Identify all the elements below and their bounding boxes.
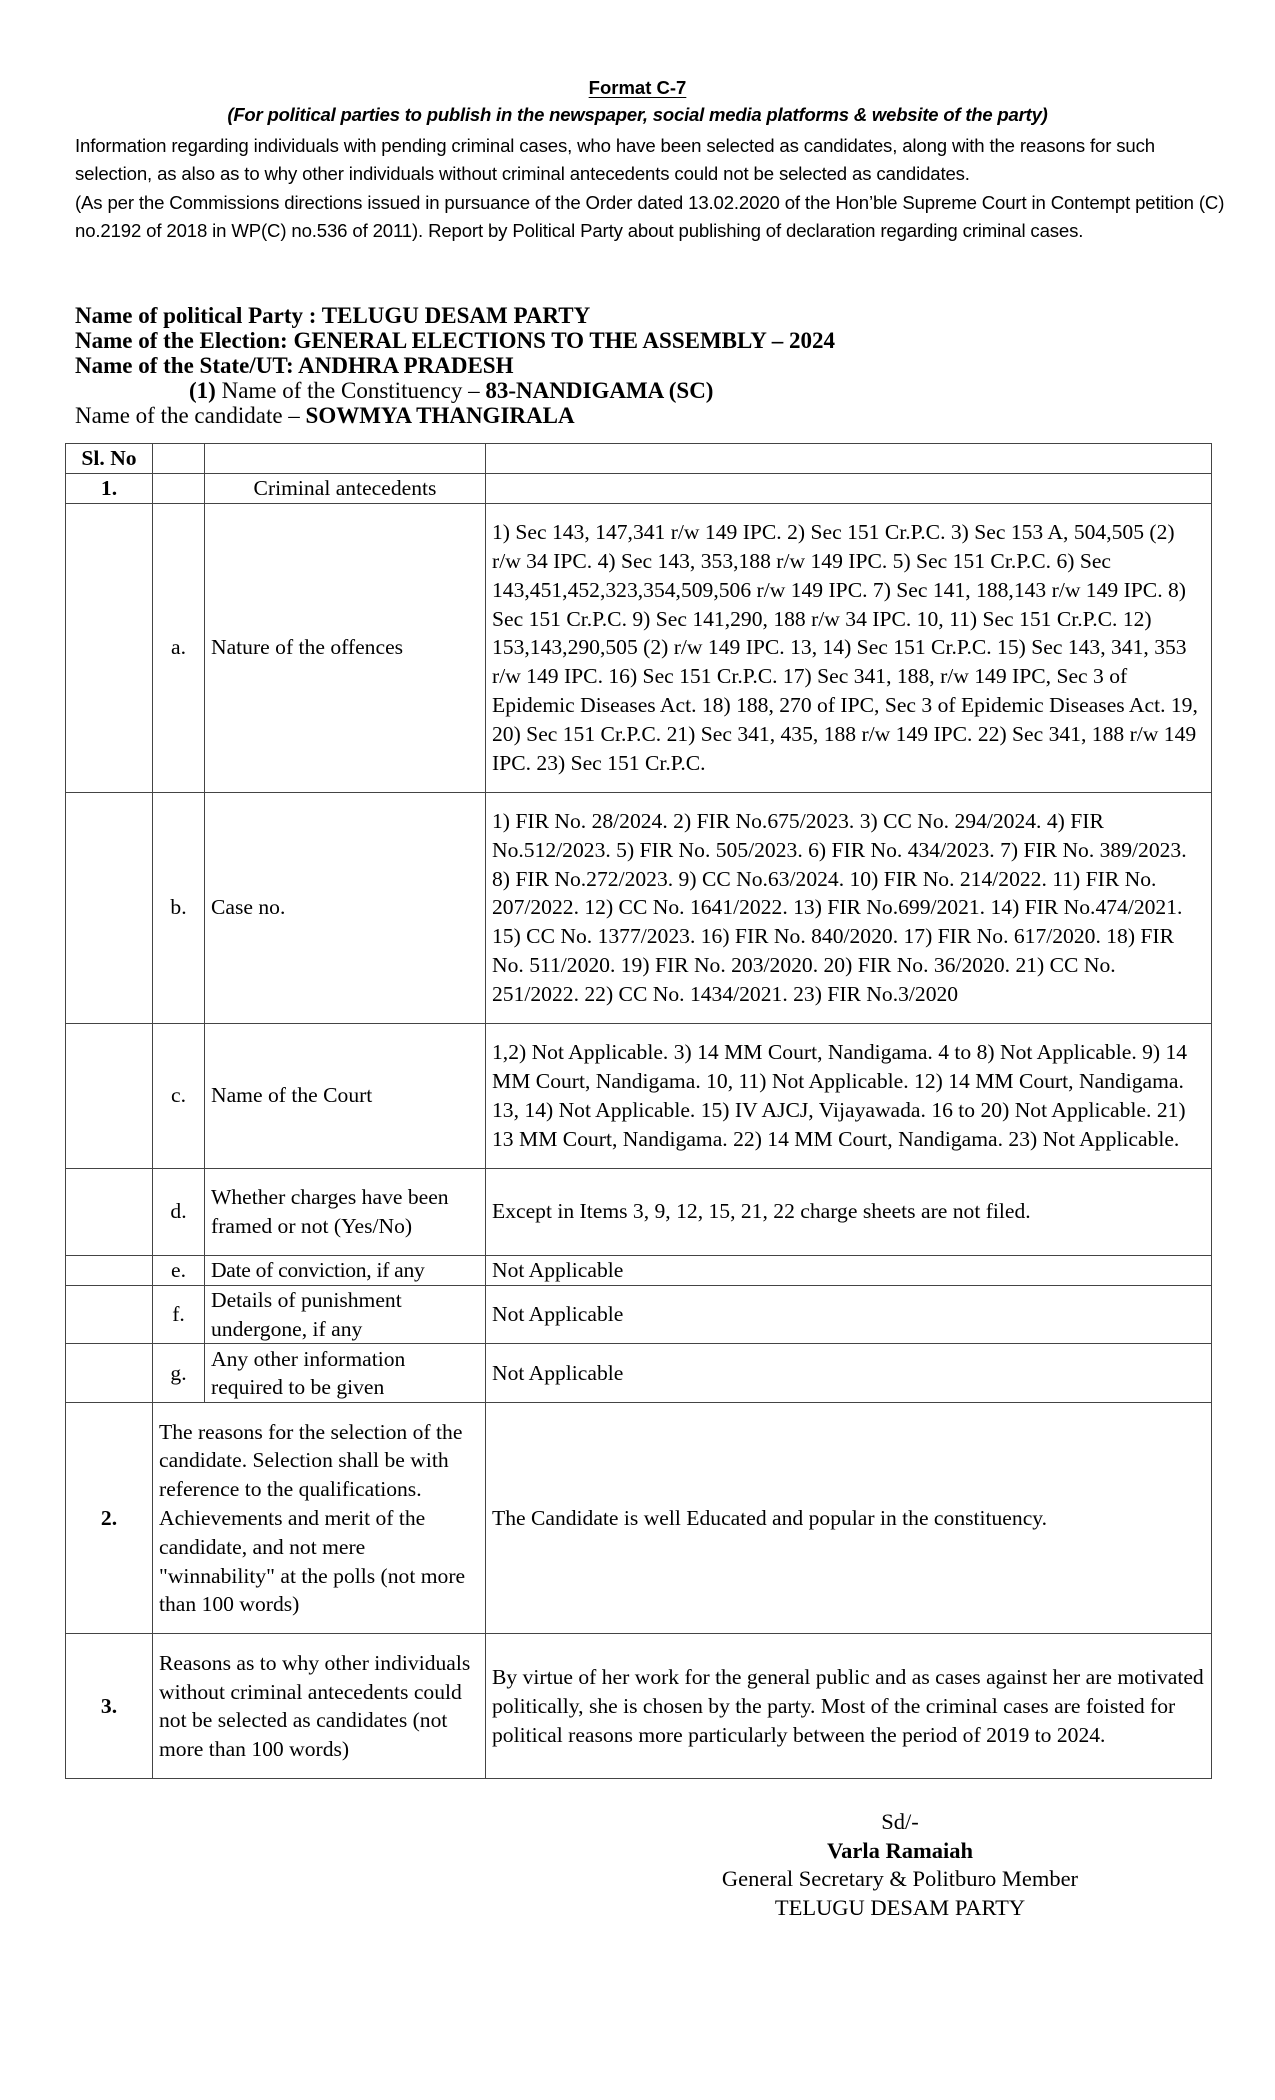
party-line: Name of political Party : TELUGU DESAM P… bbox=[75, 303, 1225, 328]
intro-paragraph: Information regarding individuals with p… bbox=[75, 132, 1225, 189]
constituency-label: Name of the Constituency – bbox=[216, 378, 486, 403]
row-label: Case no. bbox=[205, 792, 486, 1023]
criminal-antecedents-table: Sl. No 1. Criminal antecedents a. Nature… bbox=[65, 443, 1212, 1779]
section-value: By virtue of her work for the general pu… bbox=[486, 1634, 1212, 1779]
empty-cell bbox=[66, 1168, 153, 1255]
table-row: a. Nature of the offences 1) Sec 143, 14… bbox=[66, 503, 1212, 792]
format-title-text: Format C-7 bbox=[589, 77, 687, 98]
signatory-name: Varla Ramaiah bbox=[700, 1837, 1100, 1866]
section-3-row: 3. Reasons as to why other individuals w… bbox=[66, 1634, 1212, 1779]
election-name: GENERAL ELECTIONS TO THE ASSEMBLY – 2024 bbox=[293, 328, 835, 353]
state-name: ANDHRA PRADESH bbox=[298, 353, 513, 378]
directions-paragraph: (As per the Commissions directions issue… bbox=[75, 189, 1225, 246]
sl-no-header: Sl. No bbox=[66, 444, 153, 474]
table-row: b. Case no. 1) FIR No. 28/2024. 2) FIR N… bbox=[66, 792, 1212, 1023]
empty-cell bbox=[153, 444, 205, 474]
state-label: Name of the State/UT: bbox=[75, 353, 298, 378]
candidate-name: SOWMYA THANGIRALA bbox=[306, 403, 575, 428]
election-line: Name of the Election: GENERAL ELECTIONS … bbox=[75, 328, 1225, 353]
empty-cell bbox=[66, 503, 153, 792]
section-2-row: 2. The reasons for the selection of the … bbox=[66, 1403, 1212, 1634]
format-subtitle: (For political parties to publish in the… bbox=[0, 104, 1275, 126]
section-number: 2. bbox=[66, 1403, 153, 1634]
state-line: Name of the State/UT: ANDHRA PRADESH bbox=[75, 353, 1225, 378]
row-value: Not Applicable bbox=[486, 1285, 1212, 1344]
row-label: Nature of the offences bbox=[205, 503, 486, 792]
section-label: Reasons as to why other individuals with… bbox=[153, 1634, 486, 1779]
section-1-row: 1. Criminal antecedents bbox=[66, 473, 1212, 503]
empty-cell bbox=[66, 1285, 153, 1344]
row-label: Any other information required to be giv… bbox=[205, 1344, 486, 1403]
empty-cell bbox=[66, 1255, 153, 1285]
table-row: g. Any other information required to be … bbox=[66, 1344, 1212, 1403]
party-name: TELUGU DESAM PARTY bbox=[322, 303, 590, 328]
row-label: Details of punishment undergone, if any bbox=[205, 1285, 486, 1344]
table-row: e. Date of conviction, if any Not Applic… bbox=[66, 1255, 1212, 1285]
table-row: c. Name of the Court 1,2) Not Applicable… bbox=[66, 1023, 1212, 1168]
row-letter: b. bbox=[153, 792, 205, 1023]
row-value: 1,2) Not Applicable. 3) 14 MM Court, Nan… bbox=[486, 1023, 1212, 1168]
row-label: Name of the Court bbox=[205, 1023, 486, 1168]
constituency-name: 83-NANDIGAMA (SC) bbox=[485, 378, 713, 403]
table-row: f. Details of punishment undergone, if a… bbox=[66, 1285, 1212, 1344]
constituency-line: (1) Name of the Constituency – 83-NANDIG… bbox=[75, 378, 1225, 403]
row-letter: d. bbox=[153, 1168, 205, 1255]
candidate-label: Name of the candidate – bbox=[75, 403, 306, 428]
row-label: Whether charges have been framed or not … bbox=[205, 1168, 486, 1255]
candidate-line: Name of the candidate – SOWMYA THANGIRAL… bbox=[75, 403, 1225, 428]
empty-cell bbox=[486, 444, 1212, 474]
empty-cell bbox=[66, 1023, 153, 1168]
row-letter: e. bbox=[153, 1255, 205, 1285]
row-label: Date of conviction, if any bbox=[205, 1255, 486, 1285]
row-letter: f. bbox=[153, 1285, 205, 1344]
empty-cell bbox=[486, 473, 1212, 503]
constituency-number: (1) bbox=[189, 378, 216, 403]
signatory-organization: TELUGU DESAM PARTY bbox=[700, 1894, 1100, 1923]
row-value: Not Applicable bbox=[486, 1344, 1212, 1403]
format-title: Format C-7 bbox=[0, 77, 1275, 99]
section-number: 1. bbox=[66, 473, 153, 503]
signatory-designation: General Secretary & Politburo Member bbox=[700, 1865, 1100, 1894]
election-meta: Name of political Party : TELUGU DESAM P… bbox=[75, 303, 1225, 428]
section-number: 3. bbox=[66, 1634, 153, 1779]
intro-block: Information regarding individuals with p… bbox=[75, 132, 1225, 245]
row-value: 1) FIR No. 28/2024. 2) FIR No.675/2023. … bbox=[486, 792, 1212, 1023]
election-label: Name of the Election: bbox=[75, 328, 293, 353]
row-value: Not Applicable bbox=[486, 1255, 1212, 1285]
section-label: The reasons for the selection of the can… bbox=[153, 1403, 486, 1634]
empty-cell bbox=[153, 473, 205, 503]
signature-block: Sd/- Varla Ramaiah General Secretary & P… bbox=[700, 1808, 1100, 1922]
signature-sd: Sd/- bbox=[700, 1808, 1100, 1837]
empty-cell bbox=[66, 792, 153, 1023]
empty-cell bbox=[66, 1344, 153, 1403]
empty-cell bbox=[205, 444, 486, 474]
row-letter: c. bbox=[153, 1023, 205, 1168]
row-value: 1) Sec 143, 147,341 r/w 149 IPC. 2) Sec … bbox=[486, 503, 1212, 792]
row-letter: a. bbox=[153, 503, 205, 792]
table-row: d. Whether charges have been framed or n… bbox=[66, 1168, 1212, 1255]
row-letter: g. bbox=[153, 1344, 205, 1403]
row-value: Except in Items 3, 9, 12, 15, 21, 22 cha… bbox=[486, 1168, 1212, 1255]
table-header-row: Sl. No bbox=[66, 444, 1212, 474]
section-value: The Candidate is well Educated and popul… bbox=[486, 1403, 1212, 1634]
section-title: Criminal antecedents bbox=[205, 473, 486, 503]
party-label: Name of political Party : bbox=[75, 303, 322, 328]
